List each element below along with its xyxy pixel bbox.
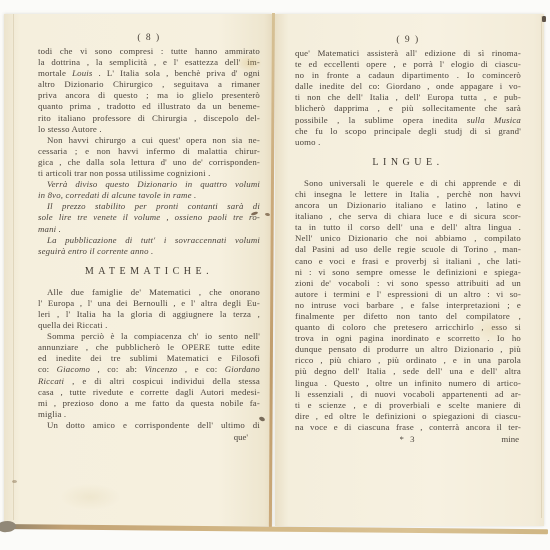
text-line: finalmente per difetto non tanto del com… xyxy=(295,311,521,322)
page-text-column-left: ( 8 ) todi che vi sono compresi : tutte … xyxy=(38,33,260,443)
text-line: quella dei Riccati . xyxy=(38,320,260,331)
text-line: autore i termini e l' espressioni di un … xyxy=(295,289,521,300)
book-page-left: ( 8 ) todi che vi sono compresi : tutte … xyxy=(4,14,272,526)
text-line: più degno dell' Italia , sede dell' una … xyxy=(295,366,521,377)
text-line: blicherò dapprima , e più sollecitamente… xyxy=(295,103,521,114)
text-line: cessaria ; e non havvi infermo di malatt… xyxy=(38,146,260,157)
text-line: Non havvi chirurgo a cui quest' opera no… xyxy=(38,135,260,146)
text-line: ti non che dell' Italia , dell' Europa t… xyxy=(295,92,521,103)
text-line: priva ancora di questo ; ma io glielo pr… xyxy=(38,90,260,101)
page-text-left: todi che vi sono compresi : tutte hanno … xyxy=(38,46,260,431)
text-line: lingua . Questo , oltre un infinito nume… xyxy=(295,378,521,389)
catchword-right: mine xyxy=(501,434,519,444)
catchword-left: que' xyxy=(38,432,260,443)
text-line: no intruse voci barbare , e false interp… xyxy=(295,300,521,311)
section-heading: LINGUE. xyxy=(295,156,521,169)
text-line: Somma perciò è la compiacenza ch' io sen… xyxy=(38,331,260,342)
text-line: no in fronte a cadaun dipartimento . Io … xyxy=(295,70,521,81)
text-line: cano e voci e frasi e proverbj sì italia… xyxy=(295,256,521,267)
text-line: mani . xyxy=(38,224,260,235)
text-line: co: Giacomo , co: ab: Vincenzo , e co: G… xyxy=(38,364,260,375)
text-line: leri , l' Italia ha la gloria di aggiugn… xyxy=(38,309,260,320)
page-text-column-right: ( 9 ) que' Matematici assisterà all' edi… xyxy=(295,35,521,445)
book-page-right: ( 9 ) que' Matematici assisterà all' edi… xyxy=(275,14,544,526)
text-line: possibile , la sublime opera inedita sul… xyxy=(295,115,521,126)
text-line: zioni de' vocaboli : vi sono spesso attr… xyxy=(295,278,521,289)
text-line: Alle due famiglie de' Matematici , che o… xyxy=(38,287,260,298)
text-line: ricco , più chiaro , più ordinato , e in… xyxy=(295,355,521,366)
text-line: dal Pasini ad uso delle regie scuole di … xyxy=(295,244,521,255)
text-line: quanto di coloro che pretesero arricchir… xyxy=(295,322,521,333)
text-line: seguirà entro il corrente anno . xyxy=(38,246,260,257)
text-line: ancora un Dizionario italiano e latino ,… xyxy=(295,200,521,211)
text-line: te ed eccellenti opere , e porrà l' elog… xyxy=(295,59,521,70)
text-line: ti e scienze , e di proverbiali e scelte… xyxy=(295,400,521,411)
ink-speck xyxy=(542,16,546,22)
page-number-left: ( 8 ) xyxy=(38,33,260,44)
signature-row: * 3 mine xyxy=(295,434,521,445)
text-line: in 8vo, corredati di alcune tavole in ra… xyxy=(38,190,260,201)
page-number-right: ( 9 ) xyxy=(295,35,521,46)
text-line: Verrà diviso questo Dizionario in quattr… xyxy=(38,179,260,190)
text-line: miglia . xyxy=(38,409,260,420)
text-line: Nell' unico Dizionario che noi abbiamo ,… xyxy=(295,233,521,244)
text-line: La pubblicazione di tutt' i sovraccennat… xyxy=(38,235,260,246)
text-line: Un dotto amico e corrispondente dell' ul… xyxy=(38,420,260,431)
text-line: che fu lo scopo principale degli studj d… xyxy=(295,126,521,137)
text-line: trova in ogni pagina inordinato e scorre… xyxy=(295,333,521,344)
text-line: altro Dizionario Chirurgico , seguitava … xyxy=(38,79,260,90)
text-line: mi , prezioso dono a me fatto da questa … xyxy=(38,398,260,409)
section-heading: MATEMATICHE. xyxy=(38,265,260,278)
text-line: italiano , che serva di chiara luce e di… xyxy=(295,211,521,222)
open-book: ( 8 ) todi che vi sono compresi : tutte … xyxy=(0,14,546,526)
text-line: mortale Louis . L' Italia sola , benchè … xyxy=(38,68,260,79)
text-line: casa , tutte rivedute e corrette dagli A… xyxy=(38,387,260,398)
text-line: quanto prima , tradotto ed illustrato da… xyxy=(38,101,260,112)
text-line: gica , che dalla sola lettura d' uno de'… xyxy=(38,157,260,168)
text-line: li essenziali , di nuovi vocaboli appart… xyxy=(295,389,521,400)
text-line: Riccati , e di altri cospicui individui … xyxy=(38,376,260,387)
text-line: sole lire tre venete il volume , ossieno… xyxy=(38,212,260,223)
text-line: ta in tutto il corso dell' una e dell' a… xyxy=(295,222,521,233)
text-line: ni : vi sono sempre omesse le definizion… xyxy=(295,267,521,278)
book-corner-shadow xyxy=(0,520,17,533)
text-line: ed inedite dei tre sublimi Matematici e … xyxy=(38,353,260,364)
text-line: dire , ed oltre le definizioni o spiegaz… xyxy=(295,411,521,422)
text-line: la dottrina , la semplicità , e l' esatt… xyxy=(38,57,260,68)
text-line: Sono universali le querele e di chi appr… xyxy=(295,178,521,189)
fore-edge-line xyxy=(541,16,542,518)
ink-speck xyxy=(12,480,17,483)
text-line: que' Matematici assisterà all' edizione … xyxy=(295,48,521,59)
text-line: uomo . xyxy=(295,137,521,148)
page-text-right: que' Matematici assisterà all' edizione … xyxy=(295,48,521,433)
text-line: dunque pensato di produrre un altro Dizi… xyxy=(295,344,521,355)
text-line: na voce e di ciascuna frase , conterrà a… xyxy=(295,422,521,433)
text-line: l' Europa , l' una dei Bernoulli , e l' … xyxy=(38,298,260,309)
text-line: Il prezzo stabilito per pronti contanti … xyxy=(38,201,260,212)
text-line: annunziare , che pubblicherò le OPERE tu… xyxy=(38,342,260,353)
signature-mark: * 3 xyxy=(295,434,521,444)
text-line: rito italiano professore di Chirurgia , … xyxy=(38,113,260,124)
text-line: chi insegna le lettere in Italia , perch… xyxy=(295,189,521,200)
text-line: lo stesso Autore . xyxy=(38,124,260,135)
text-line: ti articoli trar non possa utilissime co… xyxy=(38,168,260,179)
text-line: todi che vi sono compresi : tutte hanno … xyxy=(38,46,260,57)
page-crease xyxy=(13,14,14,520)
text-line: dalle inedite del co: Giordano , onde ap… xyxy=(295,81,521,92)
